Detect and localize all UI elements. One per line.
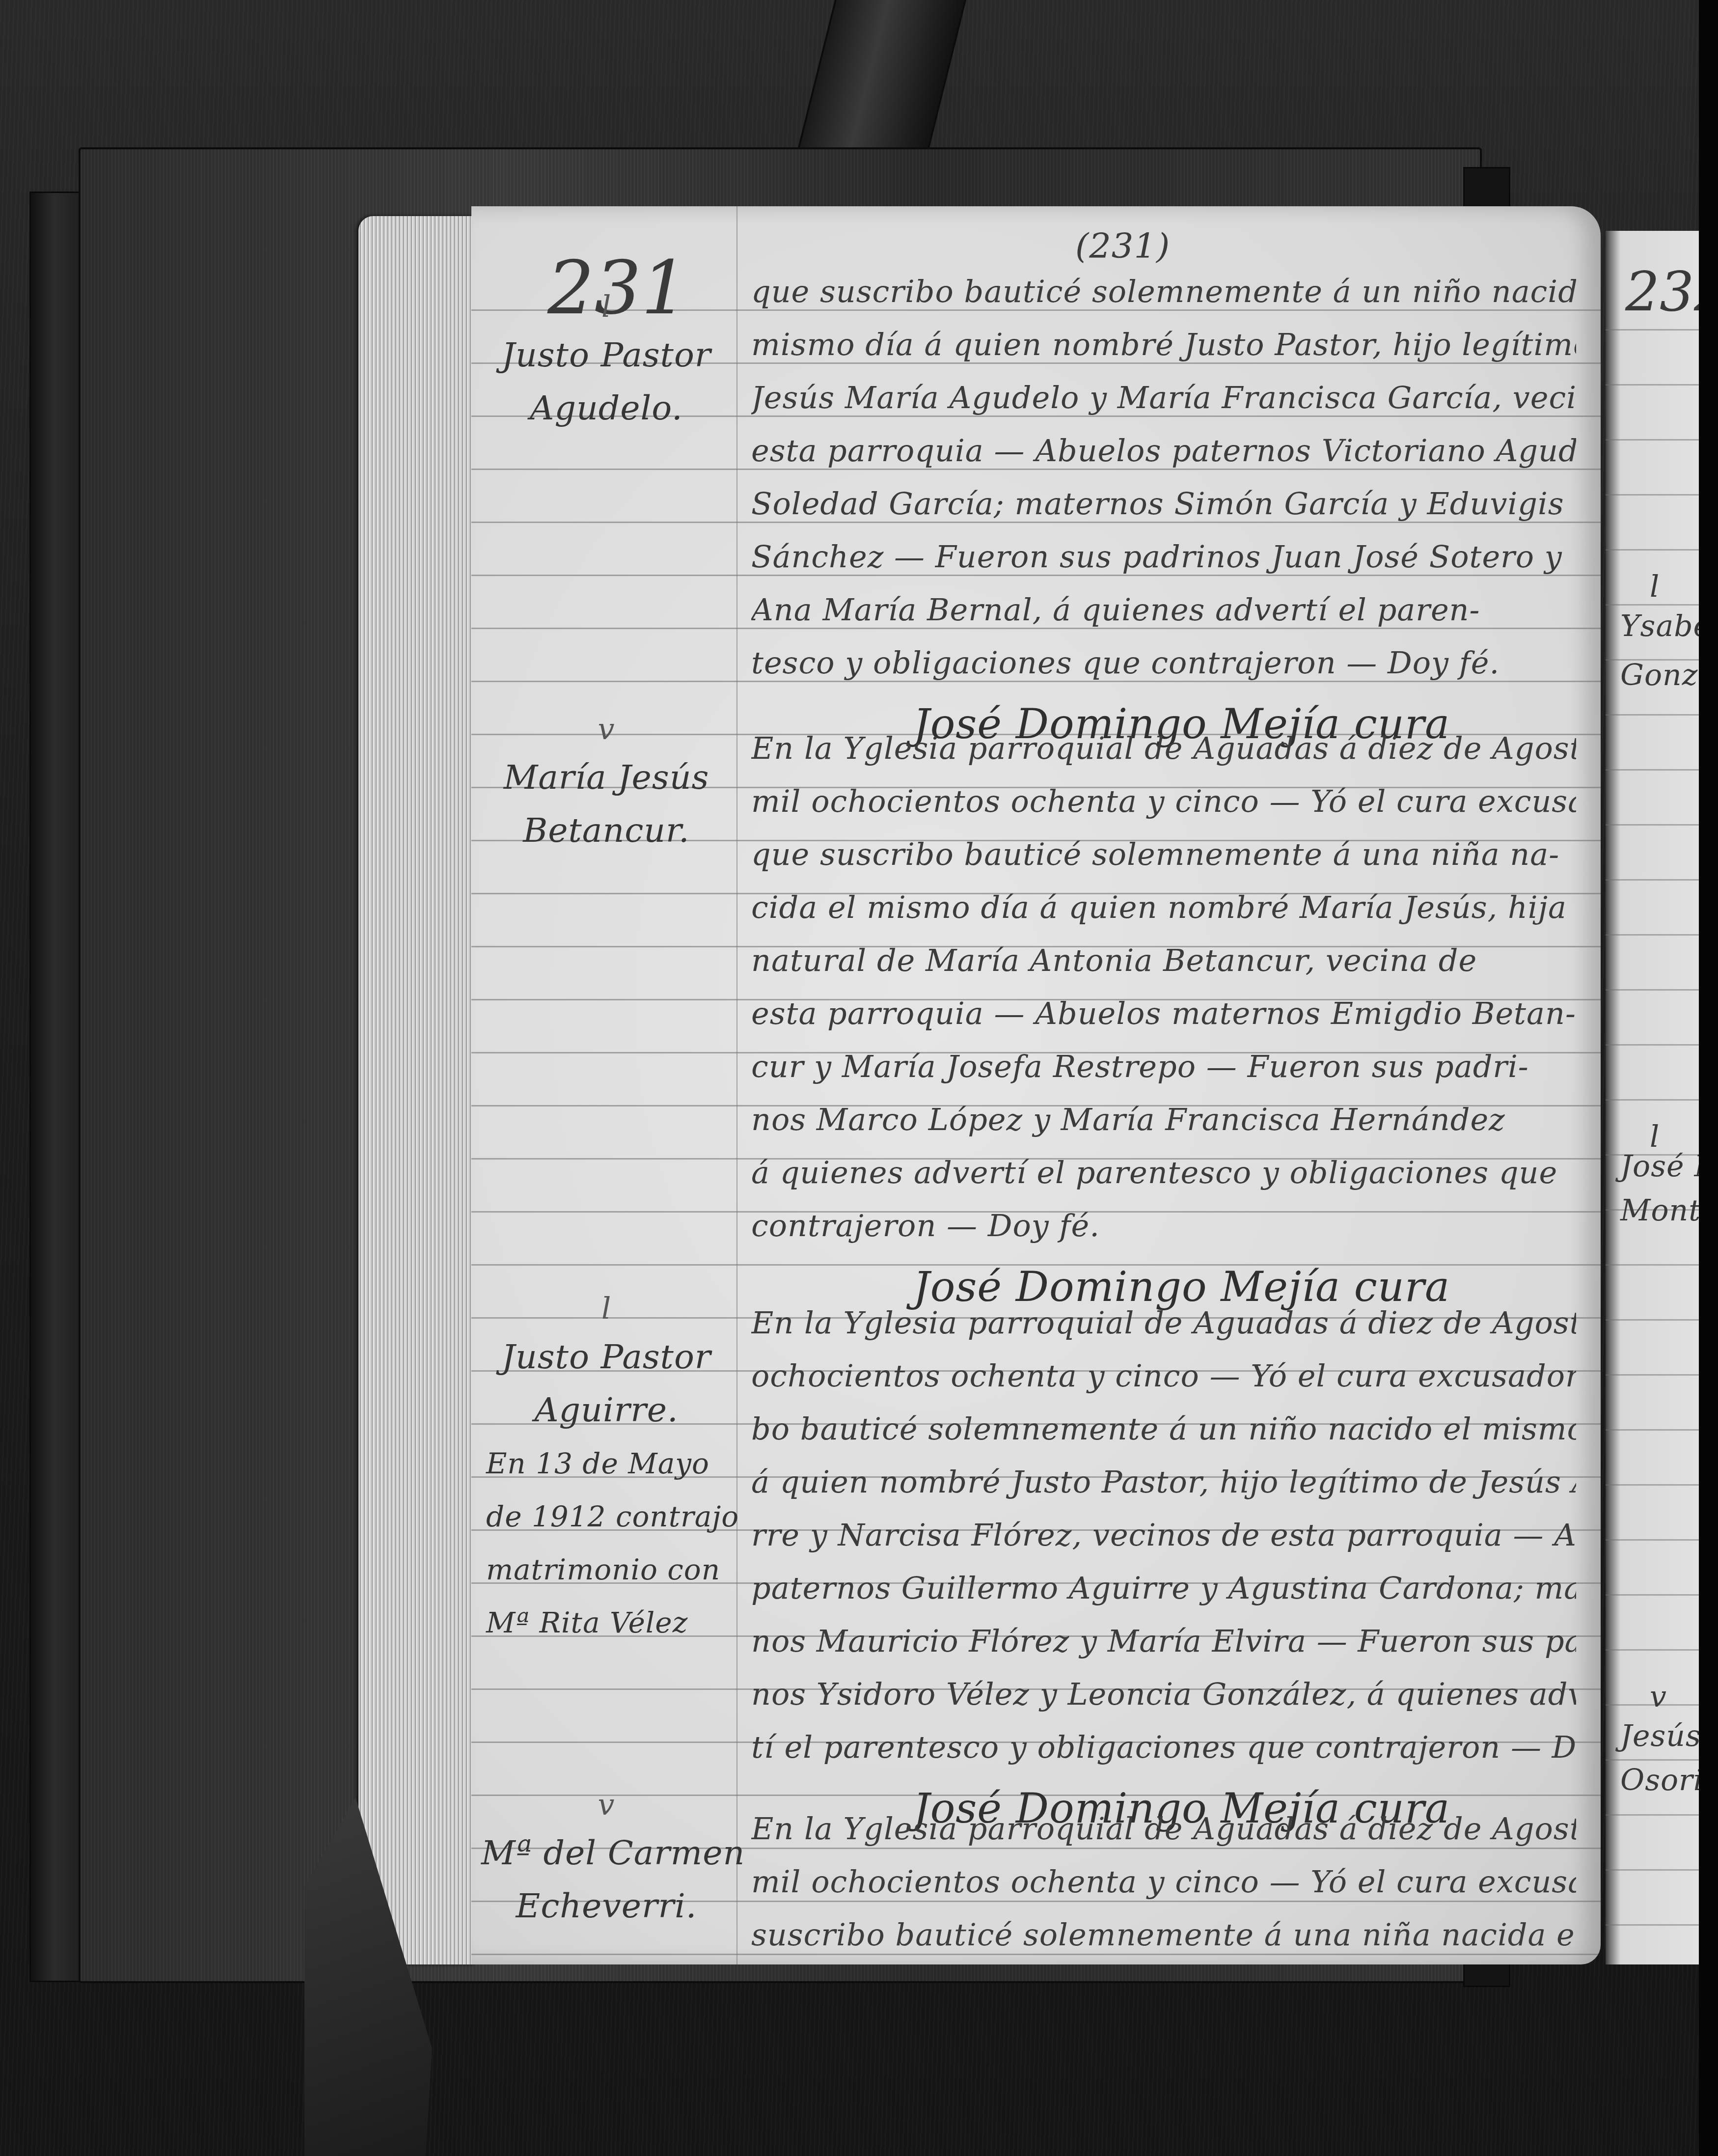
entry-3-body: En la Yglesia parroquial de Aguadas á di… — [751, 1297, 1576, 1843]
entry-line: Ana María Bernal, á quienes advertí el p… — [751, 583, 1576, 636]
ruled-line — [1606, 1484, 1704, 1486]
entry-line: Sánchez — Fueron sus padrinos Juan José … — [751, 530, 1576, 583]
ruled-line — [1606, 1814, 1704, 1816]
entry-line: tesco y obligaciones que contrajeron — D… — [751, 636, 1576, 690]
entry-line: bo bauticé solemnemente á un niño nacido… — [751, 1403, 1576, 1456]
entry-line: cida el mismo día á quien nombré María J… — [751, 881, 1576, 934]
entry-line: En la Yglesia parroquial de Aguadas á di… — [751, 1297, 1576, 1350]
register-page-left: (231) 231 l Justo Pastor Agudelo. que su… — [471, 206, 1601, 1964]
ruled-line — [1606, 879, 1704, 881]
ruled-line — [1606, 1319, 1704, 1321]
header-stamp: (231) — [1075, 226, 1170, 266]
ruled-line — [1606, 384, 1704, 386]
entry-4-body: En la Yglesia parroquial de Aguadas á di… — [751, 1802, 1576, 1964]
register-page-right: 232 l Ysabel Gonzál… l José Ma… Montoya…… — [1606, 231, 1704, 1964]
entry-4-margin: v Mª del Carmen Echeverri. — [481, 1783, 732, 1933]
ruled-line — [1606, 494, 1704, 496]
entry-line: contrajeron — Doy fé. — [751, 1199, 1576, 1252]
ruled-line — [1606, 1374, 1704, 1376]
entry-line: á quien nombré Justo Pastor, hijo legíti… — [751, 1456, 1576, 1509]
ruled-line — [1606, 1594, 1704, 1596]
entry-line: Jesús María Agudelo y María Francisca Ga… — [751, 371, 1576, 424]
image-border-right — [1699, 0, 1718, 2156]
right-entry-name: Jesús Al… — [1620, 1719, 1704, 1753]
ruled-line — [1606, 824, 1704, 826]
ruled-line — [1606, 714, 1704, 716]
entry-line: mil ochocientos ochenta y cinco — Yó el … — [751, 775, 1576, 828]
entry-line: mil ochocientos ochenta y cinco — Yó el … — [751, 1855, 1576, 1908]
entry-line: que suscribo bauticé solemnemente á un n… — [751, 265, 1576, 318]
marriage-annotation: Mª Rita Vélez — [481, 1596, 732, 1649]
child-surname: Agudelo. — [481, 382, 732, 435]
right-entry-surname: Gonzál… — [1620, 658, 1704, 692]
ruled-line — [1606, 1539, 1704, 1541]
entry-line: nos Mauricio Flórez y María Elvira — Fue… — [751, 1615, 1576, 1668]
entry-line: esta parroquia — Abuelos paternos Victor… — [751, 424, 1576, 477]
entry-mark: l — [481, 1287, 732, 1331]
ruled-line — [1606, 1759, 1704, 1761]
entry-line: cur y María Josefa Restrepo — Fueron sus… — [751, 1040, 1576, 1093]
ruled-line — [1606, 1649, 1704, 1651]
ruled-line — [1606, 549, 1704, 551]
child-surname: Echeverri. — [481, 1880, 732, 1933]
entry-line: nos Ysidoro Vélez y Leoncia González, á … — [751, 1668, 1576, 1721]
ruled-line — [1606, 604, 1704, 606]
entry-mark: l — [481, 285, 732, 329]
ruled-line — [1606, 769, 1704, 771]
entry-line: ochocientos ochenta y cinco — Yó el cura… — [751, 1350, 1576, 1403]
page-stack-edges — [358, 216, 476, 1964]
entry-line: siete del mismo á quien nombré María del… — [751, 1962, 1576, 1964]
marriage-annotation: En 13 de Mayo — [481, 1437, 732, 1490]
ruled-line — [1606, 439, 1704, 441]
right-entry-surname: Osorio… — [1620, 1763, 1704, 1797]
marriage-annotation: matrimonio con — [481, 1543, 732, 1596]
ruled-line — [1606, 329, 1704, 331]
entry-line: á quienes advertí el parentesco y obliga… — [751, 1146, 1576, 1199]
ruled-line — [1606, 989, 1704, 991]
entry-line: En la Yglesia parroquial de Aguadas á di… — [751, 722, 1576, 775]
child-surname: Betancur. — [481, 804, 732, 857]
entry-line: mismo día á quien nombré Justo Pastor, h… — [751, 318, 1576, 371]
marriage-annotation: de 1912 contrajo — [481, 1490, 732, 1543]
entry-line: natural de María Antonia Betancur, vecin… — [751, 934, 1576, 987]
child-surname: Aguirre. — [481, 1384, 732, 1437]
margin-column-line — [736, 206, 737, 1964]
entry-line: nos Marco López y María Francisca Hernán… — [751, 1093, 1576, 1146]
entry-line: que suscribo bauticé solemnemente á una … — [751, 828, 1576, 881]
entry-line: paternos Guillermo Aguirre y Agustina Ca… — [751, 1562, 1576, 1615]
entry-line: rre y Narcisa Flórez, vecinos de esta pa… — [751, 1509, 1576, 1562]
entry-2-body: En la Yglesia parroquial de Aguadas á di… — [751, 722, 1576, 1321]
ruled-line — [1606, 1869, 1704, 1871]
right-entry-mark: l — [1650, 570, 1660, 604]
child-name: Justo Pastor — [481, 1331, 732, 1384]
page-number-right: 232 — [1625, 260, 1704, 323]
ruled-line — [1606, 1429, 1704, 1431]
entry-line: esta parroquia — Abuelos maternos Emigdi… — [751, 987, 1576, 1040]
entry-1-margin: l Justo Pastor Agudelo. — [481, 285, 732, 435]
entry-line: tí el parentesco y obligaciones que cont… — [751, 1721, 1576, 1774]
ruled-line — [1606, 1044, 1704, 1046]
ruled-line — [1606, 1099, 1704, 1101]
child-name: Mª del Carmen — [481, 1827, 732, 1880]
ruled-line — [1606, 1264, 1704, 1266]
entry-2-margin: v María Jesús Betancur. — [481, 707, 732, 857]
entry-line: suscribo bauticé solemnemente á una niña… — [751, 1908, 1576, 1962]
entry-mark: v — [481, 1783, 732, 1827]
child-name: Justo Pastor — [481, 329, 732, 382]
right-entry-surname: Montoya… — [1620, 1193, 1704, 1228]
child-name: María Jesús — [481, 751, 732, 804]
right-entry-name: Ysabel — [1620, 609, 1704, 643]
right-entry-mark: v — [1650, 1680, 1667, 1714]
entry-line: Soledad García; maternos Simón García y … — [751, 477, 1576, 530]
ruled-line — [1606, 1924, 1704, 1926]
entry-1-body: que suscribo bauticé solemnemente á un n… — [751, 265, 1576, 758]
entry-mark: v — [481, 707, 732, 751]
entry-3-margin: l Justo Pastor Aguirre. En 13 de Mayo de… — [481, 1287, 732, 1649]
ruled-line — [1606, 934, 1704, 936]
entry-line: En la Yglesia parroquial de Aguadas á di… — [751, 1802, 1576, 1855]
right-entry-name: José Ma… — [1620, 1149, 1704, 1184]
